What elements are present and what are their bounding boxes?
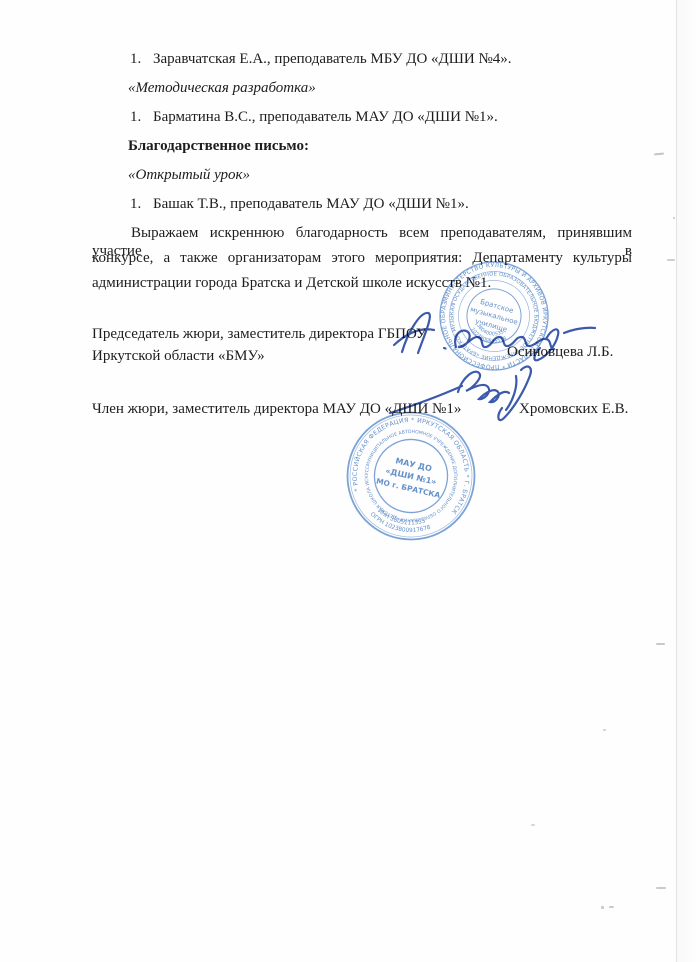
list-marker: 1. bbox=[130, 195, 153, 213]
letter-heading: Благодарственное письмо: bbox=[128, 137, 309, 155]
signature-khromovskikh bbox=[328, 358, 568, 438]
scan-speck bbox=[667, 259, 675, 261]
scan-speck bbox=[601, 906, 604, 909]
award-list-item: 1.Башак Т.В., преподаватель МАУ ДО «ДШИ … bbox=[130, 195, 469, 213]
award-list-item: 1.Барматина В.С., преподаватель МАУ ДО «… bbox=[130, 108, 498, 126]
nomination-title: «Открытый урок» bbox=[128, 166, 250, 184]
scan-speck bbox=[531, 824, 535, 826]
scan-speck bbox=[609, 906, 614, 908]
nomination-title: «Методическая разработка» bbox=[128, 79, 316, 97]
list-marker: 1. bbox=[130, 108, 153, 126]
award-recipient: Заравчатская Е.А., преподаватель МБУ ДО … bbox=[153, 51, 512, 67]
award-list-item: 1.Заравчатская Е.А., преподаватель МБУ Д… bbox=[130, 50, 512, 68]
signatory-role: Иркутской области «БМУ» bbox=[92, 347, 265, 365]
scan-speck bbox=[603, 729, 606, 731]
scan-edge-shadow bbox=[677, 0, 700, 962]
scanned-document-page: 1.Заравчатская Е.А., преподаватель МБУ Д… bbox=[0, 0, 700, 962]
scan-speck bbox=[656, 887, 666, 889]
scan-speck bbox=[656, 643, 665, 645]
award-recipient: Башак Т.В., преподаватель МАУ ДО «ДШИ №1… bbox=[153, 196, 469, 212]
scan-speck bbox=[673, 217, 675, 219]
signatory-role: Председатель жюри, заместитель директора… bbox=[92, 325, 427, 343]
award-recipient: Барматина В.С., преподаватель МАУ ДО «ДШ… bbox=[153, 109, 498, 125]
list-marker: 1. bbox=[130, 50, 153, 68]
scan-speck bbox=[654, 152, 664, 155]
